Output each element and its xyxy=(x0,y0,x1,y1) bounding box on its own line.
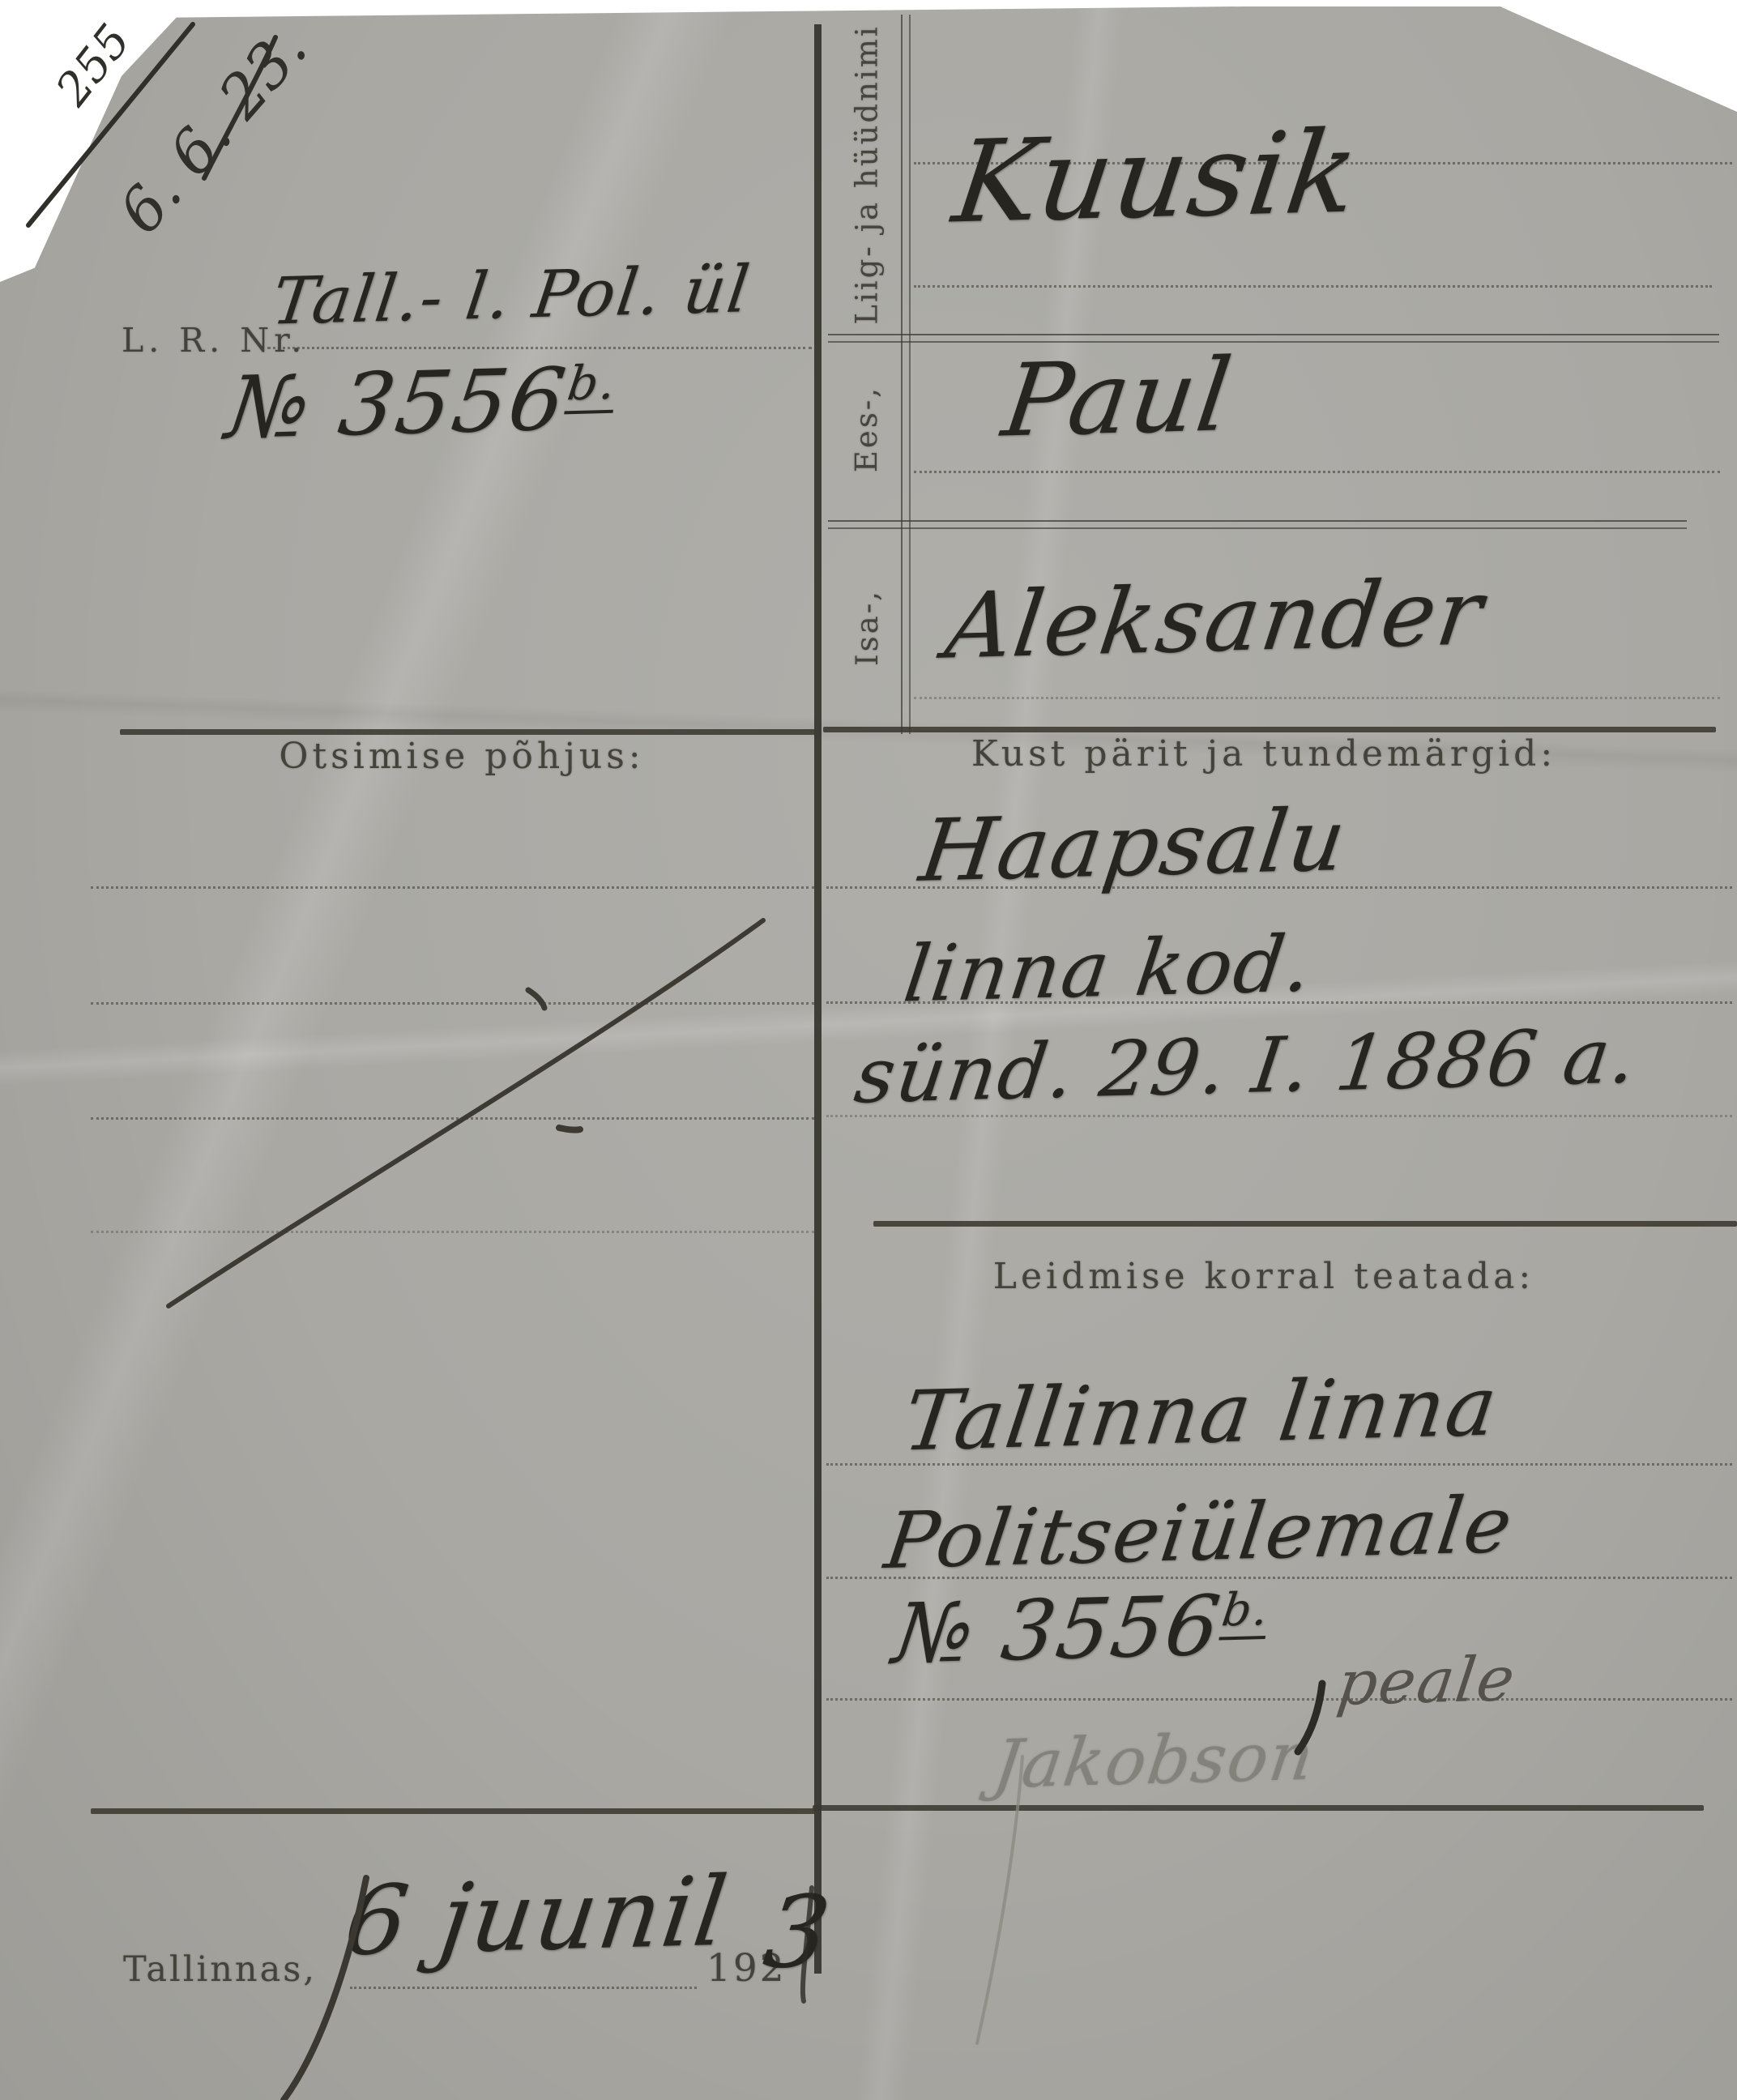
dotted-line xyxy=(826,1698,1732,1701)
dotted-line xyxy=(91,1002,814,1005)
dotted-line xyxy=(914,285,1712,288)
reason-section-header: Otsimise põhjus: xyxy=(194,736,729,777)
name-table-row-separator-1 xyxy=(828,334,1719,343)
reg-number-handwritten: № 3556b. xyxy=(221,348,621,458)
date-handwritten: 6 juunil xyxy=(339,1855,735,1977)
dotted-line xyxy=(91,1231,814,1233)
dotted-line xyxy=(91,1117,814,1120)
notify-line-3: № 3556b. xyxy=(888,1577,1274,1683)
section-rule-right-bottom xyxy=(813,1805,1704,1811)
fathername-handwritten: Aleksander xyxy=(940,560,1489,679)
name-table-row-separator-2 xyxy=(828,520,1687,529)
section-rule-right-top xyxy=(823,727,1716,732)
dotted-line-date xyxy=(350,1987,697,1989)
father-label-text: Isa-, xyxy=(850,589,885,666)
name-table-label-firstname: Ees-, xyxy=(831,339,903,519)
dotted-line-reg-number xyxy=(267,347,812,349)
notify-line-1: Tallinna linna xyxy=(898,1358,1504,1470)
surname-label-text: Liig- ja hüüdnimi xyxy=(850,24,885,324)
name-table-label-father: Isa-, xyxy=(831,525,903,729)
notify-section-header: Leidmise korral teatada: xyxy=(891,1256,1637,1297)
origin-line-2: linna kod. xyxy=(899,918,1318,1019)
notify-number-value: № 3556 xyxy=(888,1578,1227,1683)
section-rule-notify xyxy=(873,1221,1737,1227)
notify-number-suffix: b. xyxy=(1218,1583,1273,1640)
notify-line-2: Politseiülemale xyxy=(880,1479,1518,1586)
signature-pencil: Jakobson xyxy=(989,1718,1320,1803)
dotted-line xyxy=(91,886,814,889)
reg-number-suffix: b. xyxy=(564,354,621,414)
origin-section-header: Kust pärit ja tundemärgid: xyxy=(891,733,1637,775)
reg-office-handwritten: Tall.- l. Pol. ül xyxy=(268,251,755,339)
firstname-label-text: Ees-, xyxy=(850,385,885,472)
dotted-line xyxy=(914,697,1720,699)
name-table-label-surname: Liig- ja hüüdnimi xyxy=(831,18,903,331)
origin-line-1: Haapsalu xyxy=(915,790,1353,901)
reg-number-value: № 3556 xyxy=(221,349,573,458)
section-rule-left-bottom xyxy=(91,1808,815,1814)
document-scan: Liig- ja hüüdnimi Ees-, Isa-, 255 6. 6. … xyxy=(0,0,1737,2100)
city-label: Tallinnas, xyxy=(123,1949,317,1990)
dotted-line xyxy=(914,471,1720,473)
notify-line-3-note: peale xyxy=(1334,1642,1521,1719)
section-rule-left-top xyxy=(120,729,815,735)
firstname-handwritten: Paul xyxy=(997,337,1239,459)
center-divider-line xyxy=(814,24,822,1974)
surname-handwritten: Kuusik xyxy=(946,107,1367,250)
